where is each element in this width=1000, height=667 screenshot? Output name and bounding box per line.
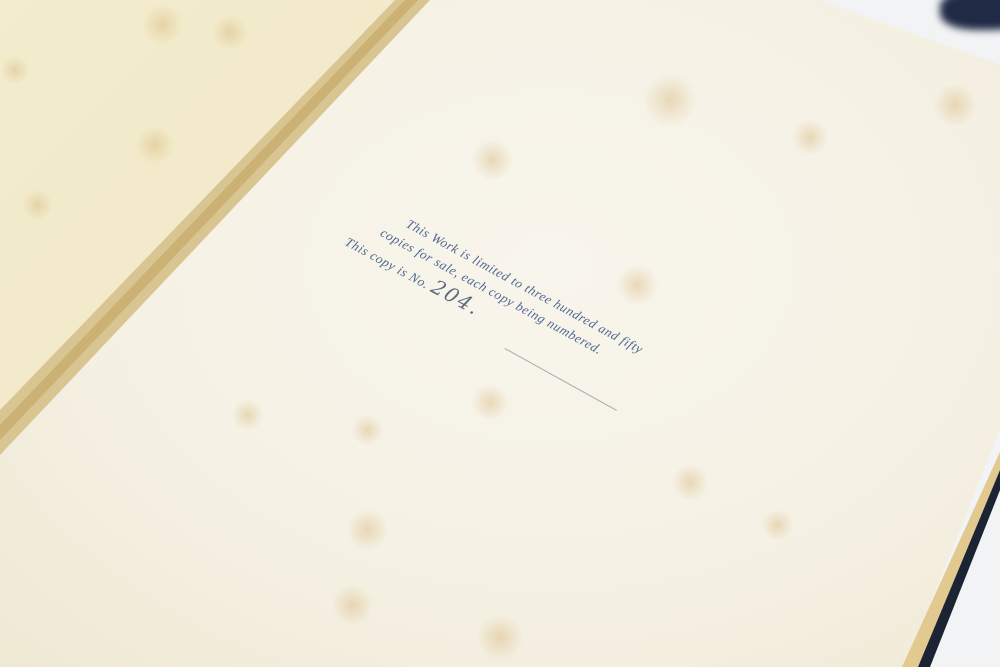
foxing-spot bbox=[135, 125, 175, 165]
foxing-spot bbox=[345, 510, 390, 550]
foxing-spot bbox=[20, 190, 55, 220]
foxing-spot bbox=[670, 465, 710, 500]
foxing-spot bbox=[470, 385, 510, 420]
foxing-spot bbox=[615, 265, 660, 305]
foxing-spot bbox=[210, 15, 250, 50]
foxing-spot bbox=[330, 585, 375, 625]
foxing-spot bbox=[760, 510, 795, 540]
foxing-spot bbox=[230, 400, 265, 430]
foxing-spot bbox=[790, 120, 830, 155]
foxing-spot bbox=[350, 415, 385, 445]
foxing-spot bbox=[0, 55, 30, 85]
foxing-spot bbox=[470, 140, 515, 180]
foxing-spot bbox=[140, 5, 185, 45]
photo-scene: This Work is limited to three hundred an… bbox=[0, 0, 1000, 667]
foxing-spot bbox=[930, 85, 980, 125]
foxing-spot bbox=[640, 75, 700, 125]
foxing-spot bbox=[475, 615, 525, 660]
